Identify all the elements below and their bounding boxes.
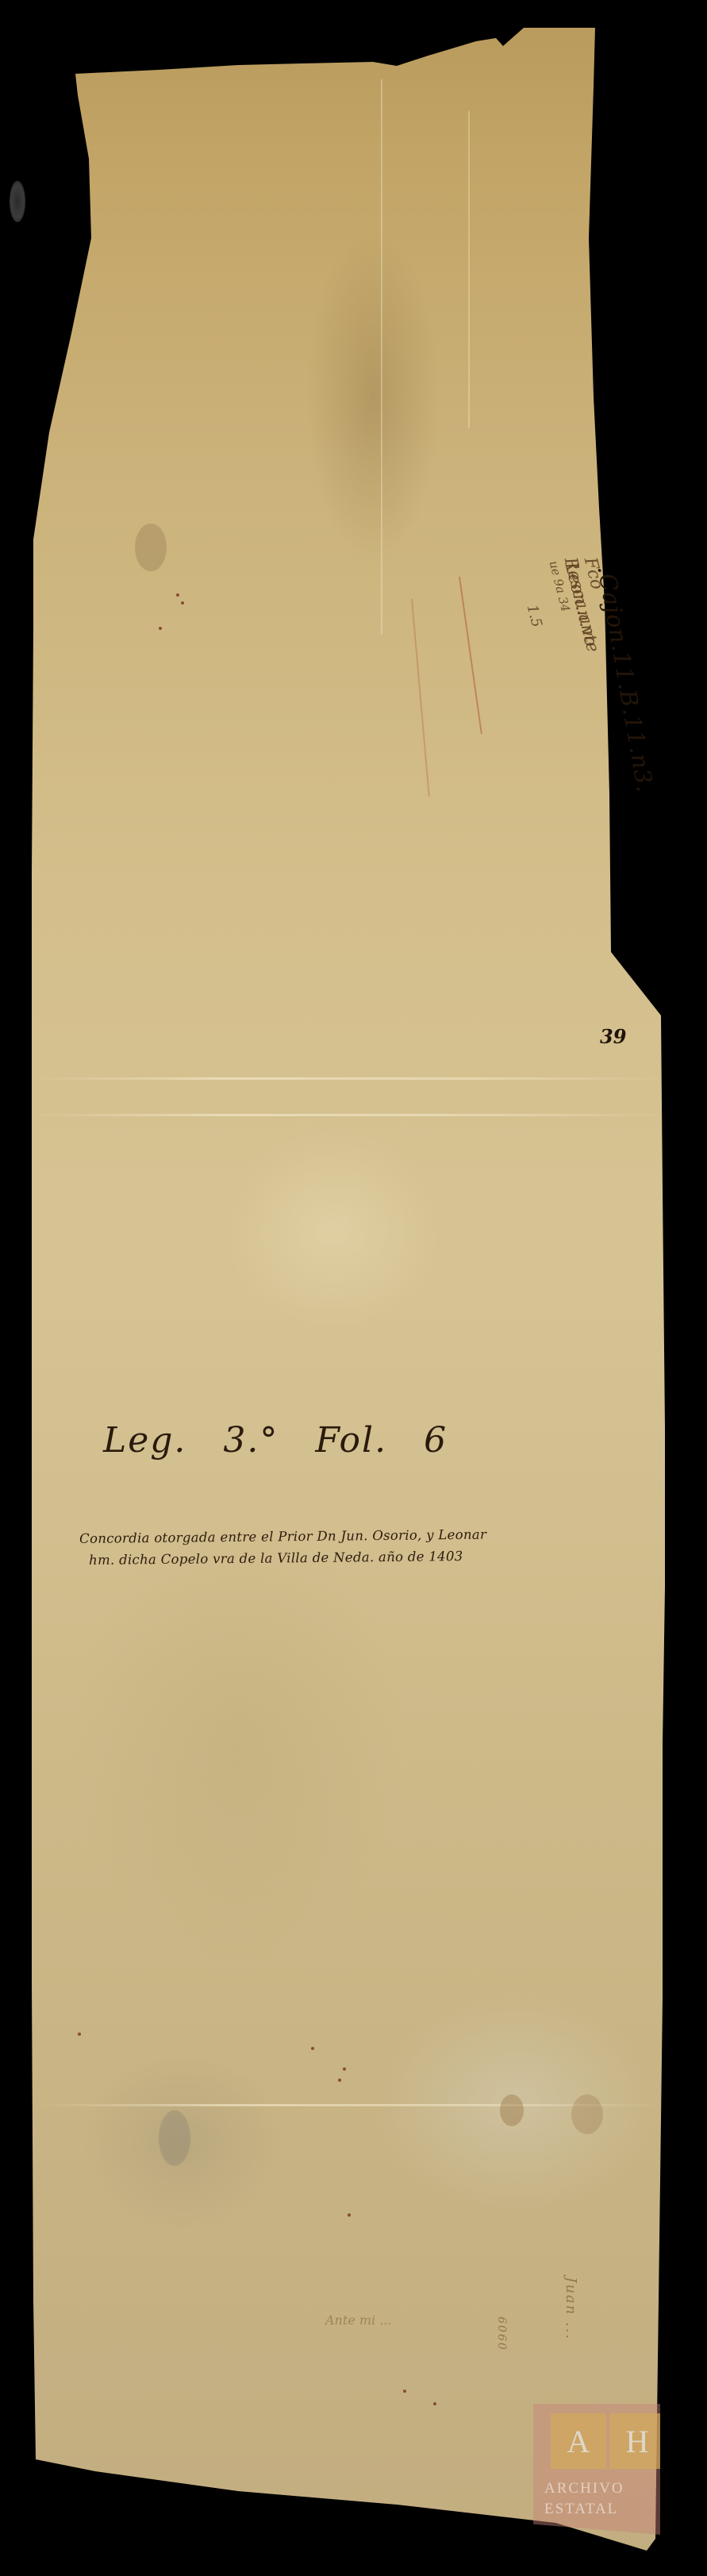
watermark-line-1: ARCHIVO <box>544 2480 624 2497</box>
stain <box>571 2094 603 2134</box>
watermark-line-2: ESTATAL <box>544 2501 618 2518</box>
vertical-note: 6060 <box>495 2317 508 2351</box>
ink-spot <box>433 2402 436 2405</box>
ink-spot <box>159 627 162 630</box>
ink-spot <box>403 2390 406 2393</box>
ink-spot <box>343 2067 346 2071</box>
ink-spot <box>78 2033 81 2036</box>
legajo-heading: Leg. 3.° Fol. 6 <box>103 1420 448 1461</box>
legajo-number: 3.° <box>223 1420 279 1461</box>
watermark-letter-a: A <box>551 2413 606 2469</box>
parchment-document: .Cajon.11.B.11.n3. Fco Leon.n.vo Resca.a… <box>0 0 707 2576</box>
folio-label: Fol. <box>315 1420 387 1461</box>
ink-spot <box>348 2213 351 2217</box>
legajo-label: Leg. <box>103 1420 186 1461</box>
ruling-line <box>411 599 430 797</box>
folio-value: 6 <box>424 1420 448 1461</box>
ink-spot <box>181 601 184 605</box>
fold-crease <box>32 2104 667 2106</box>
vertical-signature: Juan ... <box>563 2277 579 2340</box>
stain <box>135 524 167 571</box>
fold-crease <box>32 1077 667 1080</box>
ink-spot <box>311 2047 314 2050</box>
stain <box>500 2094 524 2126</box>
watermark-letter-h: H <box>609 2413 665 2469</box>
ruling-line <box>459 577 482 734</box>
stain <box>159 2110 190 2166</box>
fold-crease <box>381 79 382 635</box>
ink-spot <box>338 2079 341 2082</box>
faded-notation: Ante mi ... <box>325 2313 391 2328</box>
archive-watermark: A H ARCHIVO ESTATAL <box>533 2404 660 2535</box>
fold-crease <box>32 1114 667 1116</box>
folio-number: 39 <box>600 1025 626 1048</box>
parchment-sheet <box>0 0 707 2576</box>
fold-crease <box>468 111 470 428</box>
ink-spot <box>176 593 179 597</box>
